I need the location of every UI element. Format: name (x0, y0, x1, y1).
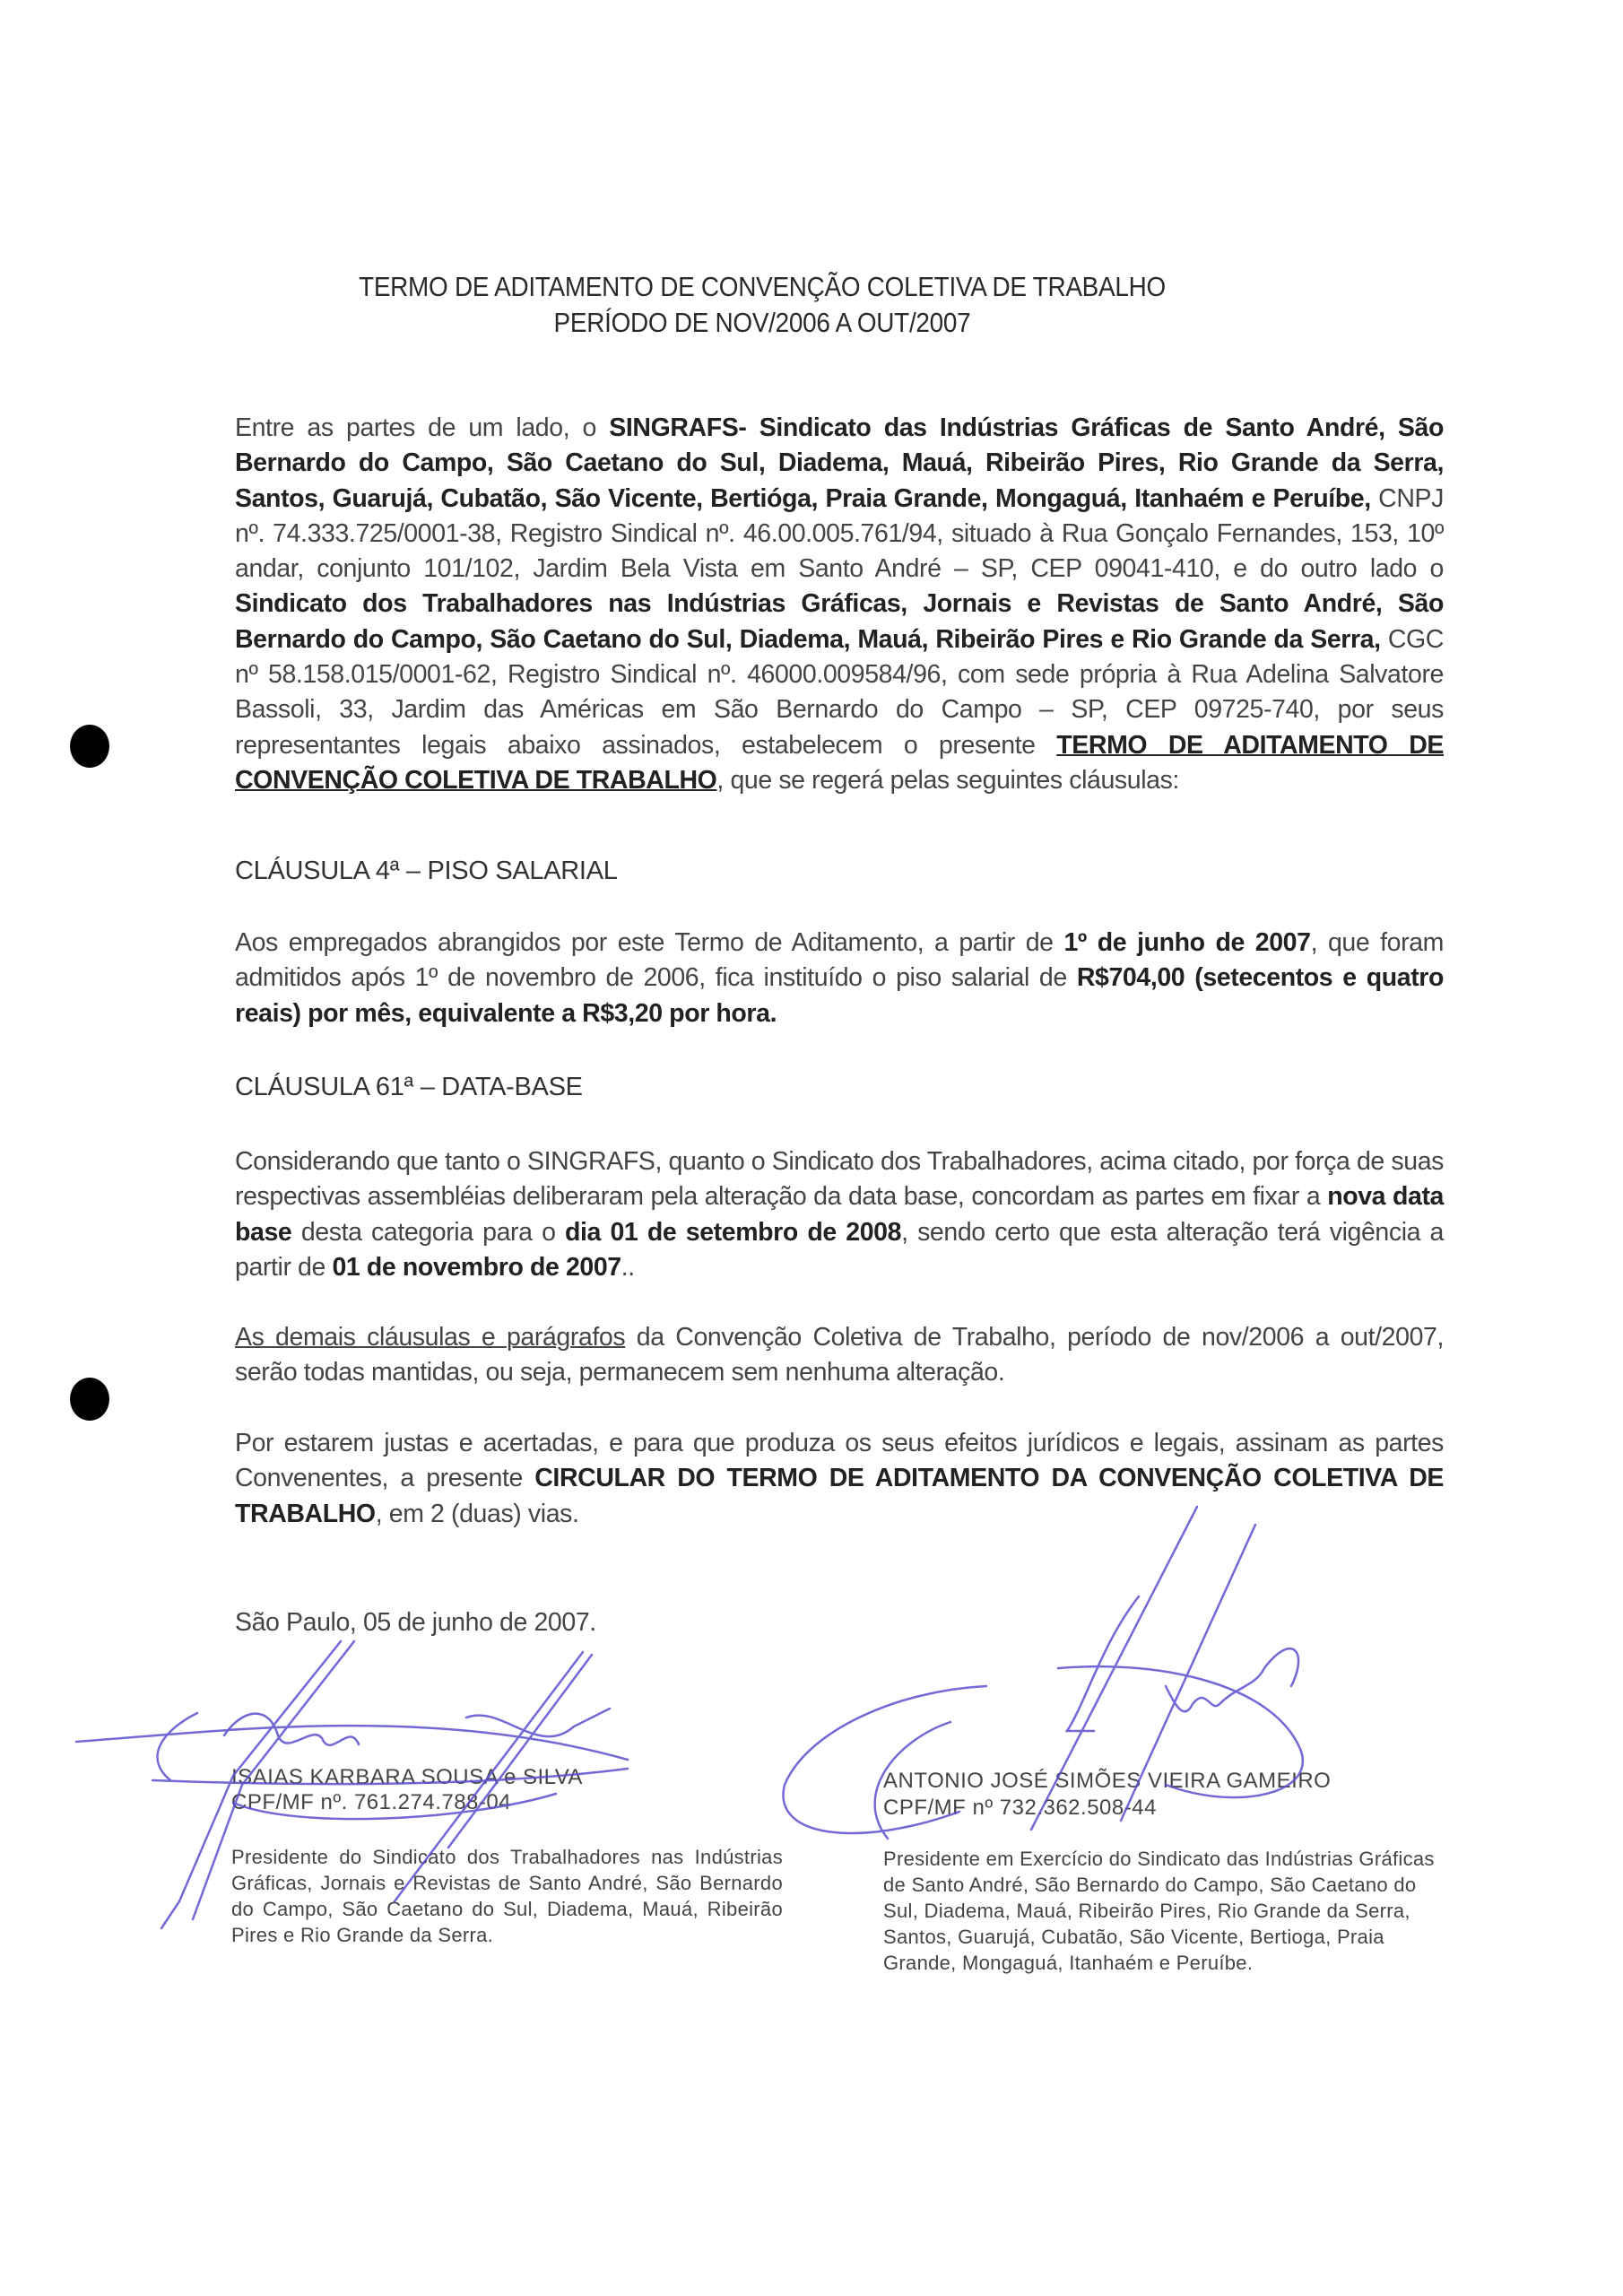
title-line-1: TERMO DE ADITAMENTO DE CONVENÇÃO COLETIV… (343, 269, 1182, 305)
clause-61-text-2: desta categoria para o (291, 1218, 565, 1247)
signatory-2-cpf: CPF/MF nº 732.362.508-44 (883, 1794, 1157, 1822)
punch-hole-top (70, 725, 109, 768)
clause-61-paragraph: Considerando que tanto o SINGRAFS, quant… (235, 1144, 1444, 1285)
clause-4-text-1: Aos empregados abrangidos por este Termo… (235, 928, 1063, 957)
signatory-1-role: Presidente do Sindicato dos Trabalhadore… (231, 1844, 783, 1948)
remaining-clauses-underlined: As demais cláusulas e parágrafos (235, 1323, 625, 1352)
document-title: TERMO DE ADITAMENTO DE CONVENÇÃO COLETIV… (343, 269, 1182, 341)
signatory-2-role: Presidente em Exercício do Sindicato das… (883, 1846, 1439, 1976)
intro-paragraph: Entre as partes de um lado, o SINGRAFS- … (235, 411, 1444, 798)
signatory-1-cpf: CPF/MF nº. 761.274.788-04 (231, 1788, 511, 1817)
new-base-date: dia 01 de setembro de 2008 (565, 1218, 901, 1247)
remaining-clauses-paragraph: As demais cláusulas e parágrafos da Conv… (235, 1320, 1444, 1391)
signatory-2-name: ANTONIO JOSÉ SIMÕES VIEIRA GAMEIRO (883, 1767, 1331, 1796)
intro-text-4: , que se regerá pelas seguintes cláusula… (716, 766, 1179, 795)
punch-hole-bottom (70, 1378, 109, 1421)
closing-text-2: , em 2 (duas) vias. (376, 1500, 579, 1528)
clause-4-date: 1º de junho de 2007 (1063, 928, 1310, 957)
title-line-2: PERÍODO DE NOV/2006 A OUT/2007 (343, 305, 1182, 341)
workers-union-name: Sindicato dos Trabalhadores nas Indústri… (235, 589, 1444, 653)
intro-text-1: Entre as partes de um lado, o (235, 413, 609, 442)
clause-61-text-1: Considerando que tanto o SINGRAFS, quant… (235, 1147, 1444, 1211)
clause-4-heading: CLÁUSULA 4ª – PISO SALARIAL (235, 857, 618, 886)
clause-61-heading: CLÁUSULA 61ª – DATA-BASE (235, 1073, 583, 1102)
effective-date: 01 de novembro de 2007 (332, 1253, 621, 1282)
clause-61-text-4: .. (621, 1253, 635, 1282)
document-page: TERMO DE ADITAMENTO DE CONVENÇÃO COLETIV… (0, 0, 1623, 2296)
clause-4-paragraph: Aos empregados abrangidos por este Termo… (235, 926, 1444, 1031)
closing-paragraph: Por estarem justas e acertadas, e para q… (235, 1426, 1444, 1532)
place-date: São Paulo, 05 de junho de 2007. (235, 1605, 596, 1640)
